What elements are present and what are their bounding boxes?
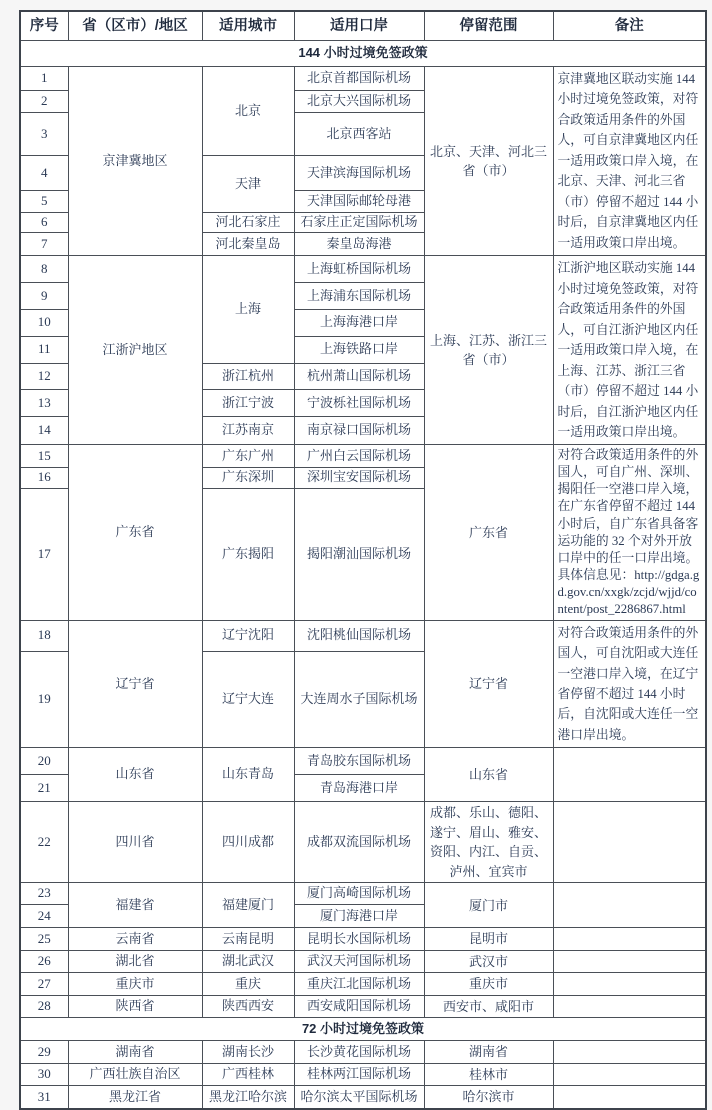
seq-cell: 28 [20, 995, 68, 1018]
remark-cell [553, 1041, 706, 1064]
remark-cell [553, 950, 706, 973]
column-header-region: 省（区市）/地区 [68, 11, 202, 41]
port-cell: 武汉天河国际机场 [294, 950, 424, 973]
table-body: 144 小时过境免签政策1京津冀地区北京北京首都国际机场北京、天津、河北三省（市… [20, 41, 706, 1109]
table-row: 29湖南省湖南长沙长沙黄花国际机场湖南省 [20, 1041, 706, 1064]
port-cell: 上海虹桥国际机场 [294, 256, 424, 283]
port-cell: 秦皇岛海港 [294, 233, 424, 256]
region-cell: 广东省 [68, 445, 202, 620]
stay-range-cell: 上海、江苏、浙江三省（市） [424, 256, 553, 445]
port-cell: 杭州萧山国际机场 [294, 363, 424, 390]
city-cell: 河北秦皇岛 [202, 233, 294, 256]
seq-cell: 17 [20, 488, 68, 620]
port-cell: 青岛胶东国际机场 [294, 748, 424, 775]
port-cell: 长沙黄花国际机场 [294, 1041, 424, 1064]
seq-cell: 16 [20, 467, 68, 488]
column-header-city: 适用城市 [202, 11, 294, 41]
region-cell: 重庆市 [68, 973, 202, 996]
city-cell: 浙江宁波 [202, 390, 294, 417]
table-row: 31黑龙江省黑龙江哈尔滨哈尔滨太平国际机场哈尔滨市 [20, 1086, 706, 1109]
seq-cell: 13 [20, 390, 68, 417]
city-cell: 广东广州 [202, 445, 294, 467]
table-row: 1京津冀地区北京北京首都国际机场北京、天津、河北三省（市）京津冀地区联动实施 1… [20, 67, 706, 91]
seq-cell: 6 [20, 213, 68, 233]
seq-cell: 23 [20, 883, 68, 905]
port-cell: 厦门海港口岸 [294, 905, 424, 928]
region-cell: 广西壮族自治区 [68, 1063, 202, 1086]
city-cell: 重庆 [202, 973, 294, 996]
region-cell: 京津冀地区 [68, 67, 202, 256]
stay-range-cell: 山东省 [424, 748, 553, 802]
city-cell: 广东深圳 [202, 467, 294, 488]
seq-cell: 24 [20, 905, 68, 928]
seq-cell: 7 [20, 233, 68, 256]
stay-range-cell: 北京、天津、河北三省（市） [424, 67, 553, 256]
seq-cell: 1 [20, 67, 68, 91]
port-cell: 北京西客站 [294, 113, 424, 156]
city-cell: 山东青岛 [202, 748, 294, 802]
section-header-row: 72 小时过境免签政策 [20, 1018, 706, 1041]
table-row: 30广西壮族自治区广西桂林桂林两江国际机场桂林市 [20, 1063, 706, 1086]
stay-range-cell: 西安市、咸阳市 [424, 995, 553, 1018]
region-cell: 辽宁省 [68, 620, 202, 748]
remark-cell: 京津冀地区联动实施 144 小时过境免签政策，对符合政策适用条件的外国人，可自京… [553, 67, 706, 256]
port-cell: 昆明长水国际机场 [294, 928, 424, 951]
remark-cell [553, 1063, 706, 1086]
seq-cell: 27 [20, 973, 68, 996]
seq-cell: 4 [20, 156, 68, 191]
port-cell: 广州白云国际机场 [294, 445, 424, 467]
document-page: 序号省（区市）/地区适用城市适用口岸停留范围备注 144 小时过境免签政策1京津… [19, 10, 707, 1110]
table-header-row: 序号省（区市）/地区适用城市适用口岸停留范围备注 [20, 11, 706, 41]
port-cell: 北京大兴国际机场 [294, 91, 424, 113]
city-cell: 天津 [202, 156, 294, 213]
seq-cell: 5 [20, 191, 68, 213]
port-cell: 石家庄正定国际机场 [294, 213, 424, 233]
section-header-row: 144 小时过境免签政策 [20, 41, 706, 67]
city-cell: 河北石家庄 [202, 213, 294, 233]
remark-cell: 对符合政策适用条件的外国人，可自广州、深圳、揭阳任一空港口岸入境，在广东省停留不… [553, 445, 706, 620]
port-cell: 南京禄口国际机场 [294, 417, 424, 445]
seq-cell: 21 [20, 775, 68, 802]
port-cell: 上海海港口岸 [294, 309, 424, 336]
port-cell: 揭阳潮汕国际机场 [294, 488, 424, 620]
table-row: 8江浙沪地区上海上海虹桥国际机场上海、江苏、浙江三省（市）江浙沪地区联动实施 1… [20, 256, 706, 283]
port-cell: 西安咸阳国际机场 [294, 995, 424, 1018]
city-cell: 云南昆明 [202, 928, 294, 951]
stay-range-cell: 重庆市 [424, 973, 553, 996]
seq-cell: 22 [20, 802, 68, 883]
port-cell: 北京首都国际机场 [294, 67, 424, 91]
port-cell: 大连周水子国际机场 [294, 652, 424, 748]
region-cell: 云南省 [68, 928, 202, 951]
seq-cell: 26 [20, 950, 68, 973]
city-cell: 广东揭阳 [202, 488, 294, 620]
remark-cell [553, 995, 706, 1018]
transit-visa-free-policy-table: 序号省（区市）/地区适用城市适用口岸停留范围备注 144 小时过境免签政策1京津… [19, 10, 707, 1110]
seq-cell: 3 [20, 113, 68, 156]
stay-range-cell: 厦门市 [424, 883, 553, 928]
stay-range-cell: 广东省 [424, 445, 553, 620]
city-cell: 黑龙江哈尔滨 [202, 1086, 294, 1109]
seq-cell: 29 [20, 1041, 68, 1064]
stay-range-cell: 昆明市 [424, 928, 553, 951]
port-cell: 深圳宝安国际机场 [294, 467, 424, 488]
table-row: 25云南省云南昆明昆明长水国际机场昆明市 [20, 928, 706, 951]
table-row: 26湖北省湖北武汉武汉天河国际机场武汉市 [20, 950, 706, 973]
port-cell: 桂林两江国际机场 [294, 1063, 424, 1086]
remark-cell [553, 1086, 706, 1109]
table-row: 28陕西省陕西西安西安咸阳国际机场西安市、咸阳市 [20, 995, 706, 1018]
table-row: 27重庆市重庆重庆江北国际机场重庆市 [20, 973, 706, 996]
port-cell: 沈阳桃仙国际机场 [294, 620, 424, 652]
stay-range-cell: 湖南省 [424, 1041, 553, 1064]
region-cell: 四川省 [68, 802, 202, 883]
table-row: 23福建省福建厦门厦门高崎国际机场厦门市 [20, 883, 706, 905]
city-cell: 四川成都 [202, 802, 294, 883]
section-title: 144 小时过境免签政策 [20, 41, 706, 67]
column-header-stay-range: 停留范围 [424, 11, 553, 41]
remark-cell [553, 748, 706, 802]
stay-range-cell: 桂林市 [424, 1063, 553, 1086]
remark-cell: 对符合政策适用条件的外国人，可自沈阳或大连任一空港口岸入境，在辽宁省停留不超过 … [553, 620, 706, 748]
stay-range-cell: 武汉市 [424, 950, 553, 973]
table-row: 22四川省四川成都成都双流国际机场成都、乐山、德阳、遂宁、眉山、雅安、资阳、内江… [20, 802, 706, 883]
table-row: 15广东省广东广州广州白云国际机场广东省对符合政策适用条件的外国人，可自广州、深… [20, 445, 706, 467]
seq-cell: 25 [20, 928, 68, 951]
port-cell: 上海浦东国际机场 [294, 283, 424, 310]
port-cell: 成都双流国际机场 [294, 802, 424, 883]
column-header-remark: 备注 [553, 11, 706, 41]
seq-cell: 31 [20, 1086, 68, 1109]
seq-cell: 11 [20, 336, 68, 363]
seq-cell: 10 [20, 309, 68, 336]
city-cell: 福建厦门 [202, 883, 294, 928]
region-cell: 湖南省 [68, 1041, 202, 1064]
seq-cell: 18 [20, 620, 68, 652]
city-cell: 江苏南京 [202, 417, 294, 445]
port-cell: 厦门高崎国际机场 [294, 883, 424, 905]
port-cell: 天津滨海国际机场 [294, 156, 424, 191]
remark-cell [553, 928, 706, 951]
seq-cell: 12 [20, 363, 68, 390]
region-cell: 福建省 [68, 883, 202, 928]
region-cell: 湖北省 [68, 950, 202, 973]
remark-cell [553, 802, 706, 883]
city-cell: 浙江杭州 [202, 363, 294, 390]
column-header-port: 适用口岸 [294, 11, 424, 41]
seq-cell: 8 [20, 256, 68, 283]
city-cell: 陕西西安 [202, 995, 294, 1018]
region-cell: 山东省 [68, 748, 202, 802]
stay-range-cell: 成都、乐山、德阳、遂宁、眉山、雅安、资阳、内江、自贡、泸州、宜宾市 [424, 802, 553, 883]
city-cell: 北京 [202, 67, 294, 156]
city-cell: 湖南长沙 [202, 1041, 294, 1064]
city-cell: 辽宁大连 [202, 652, 294, 748]
stay-range-cell: 辽宁省 [424, 620, 553, 748]
remark-cell: 江浙沪地区联动实施 144 小时过境免签政策，对符合政策适用条件的外国人，可自江… [553, 256, 706, 445]
region-cell: 黑龙江省 [68, 1086, 202, 1109]
city-cell: 湖北武汉 [202, 950, 294, 973]
seq-cell: 14 [20, 417, 68, 445]
seq-cell: 20 [20, 748, 68, 775]
section-title: 72 小时过境免签政策 [20, 1018, 706, 1041]
table-row: 20山东省山东青岛青岛胶东国际机场山东省 [20, 748, 706, 775]
remark-cell [553, 883, 706, 928]
region-cell: 陕西省 [68, 995, 202, 1018]
stay-range-cell: 哈尔滨市 [424, 1086, 553, 1109]
port-cell: 哈尔滨太平国际机场 [294, 1086, 424, 1109]
seq-cell: 2 [20, 91, 68, 113]
city-cell: 广西桂林 [202, 1063, 294, 1086]
city-cell: 辽宁沈阳 [202, 620, 294, 652]
city-cell: 上海 [202, 256, 294, 363]
seq-cell: 9 [20, 283, 68, 310]
port-cell: 天津国际邮轮母港 [294, 191, 424, 213]
region-cell: 江浙沪地区 [68, 256, 202, 445]
port-cell: 宁波栎社国际机场 [294, 390, 424, 417]
table-row: 18辽宁省辽宁沈阳沈阳桃仙国际机场辽宁省对符合政策适用条件的外国人，可自沈阳或大… [20, 620, 706, 652]
seq-cell: 30 [20, 1063, 68, 1086]
column-header-seq: 序号 [20, 11, 68, 41]
port-cell: 青岛海港口岸 [294, 775, 424, 802]
port-cell: 上海铁路口岸 [294, 336, 424, 363]
remark-cell [553, 973, 706, 996]
port-cell: 重庆江北国际机场 [294, 973, 424, 996]
seq-cell: 15 [20, 445, 68, 467]
seq-cell: 19 [20, 652, 68, 748]
